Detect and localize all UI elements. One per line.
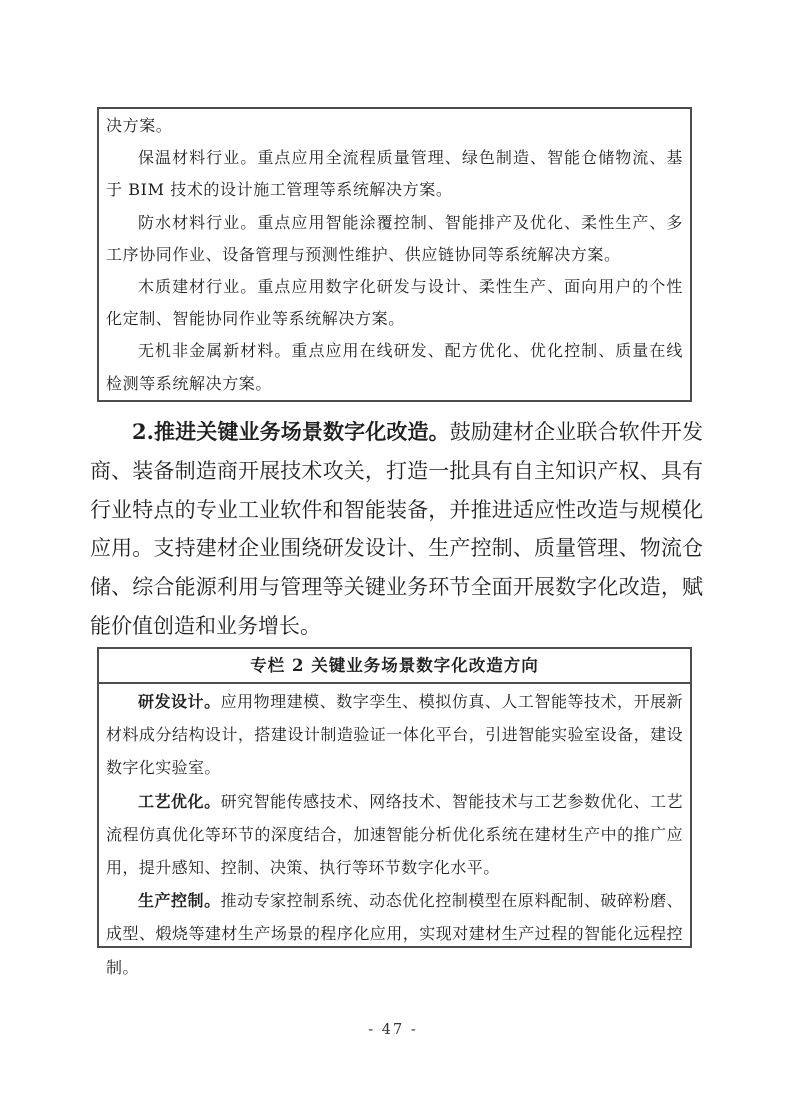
section-production-control: 生产控制。推动专家控制系统、动态优化控制模型在原料配制、破碎粉磨、成型、煅烧等建… [106,884,683,984]
column-2-title: 专栏 2 关键业务场景数字化改造方向 [99,649,690,684]
paragraph-waterproof-industry: 防水材料行业。重点应用智能涂覆控制、智能排产及优化、柔性生产、多工序协同作业、设… [106,207,683,271]
paragraph-wood-industry: 木质建材行业。重点应用数字化研发与设计、柔性生产、面向用户的个性化定制、智能协同… [106,271,683,335]
main-paragraph: 2.推进关键业务场景数字化改造。鼓励建材企业联合软件开发商、装备制造商开展技术攻… [90,403,703,646]
section-lead: 研发设计。 [138,692,221,711]
section-lead: 生产控制。 [138,891,221,910]
main-paragraph-heading: 2.推进关键业务场景数字化改造。 [132,419,450,444]
paragraph-inorganic-materials: 无机非金属新材料。重点应用在线研发、配方优化、优化控制、质量在线检测等系统解决方… [106,335,683,399]
section-process-optimization: 工艺优化。研究智能传感技术、网络技术、智能技术与工艺参数优化、工艺流程仿真优化等… [106,785,683,885]
column-2-box: 专栏 2 关键业务场景数字化改造方向 研发设计。应用物理建模、数字孪生、模拟仿真… [97,647,692,948]
paragraph-lead: 无机非金属新材料。 [138,341,291,360]
paragraph-lead: 防水材料行业。 [138,213,257,232]
section-rd-design: 研发设计。应用物理建模、数字孪生、模拟仿真、人工智能等技术，开展新材料成分结构设… [106,685,683,785]
page-number: - 47 - [0,1022,786,1038]
paragraph-lead: 木质建材行业。 [138,277,257,296]
section-lead: 工艺优化。 [138,792,221,811]
paragraph-continuation: 决方案。 [106,110,683,142]
industry-solutions-box: 决方案。 保温材料行业。重点应用全流程质量管理、绿色制造、智能仓储物流、基于 B… [97,107,692,402]
main-paragraph-text: 鼓励建材企业联合软件开发商、装备制造商开展技术攻关，打造一批具有自主知识产权、具… [90,420,703,638]
paragraph-lead: 保温材料行业。 [138,148,257,167]
main-paragraph-block: 2.推进关键业务场景数字化改造。鼓励建材企业联合软件开发商、装备制造商开展技术攻… [90,403,703,646]
document-page: 决方案。 保温材料行业。重点应用全流程质量管理、绿色制造、智能仓储物流、基于 B… [0,0,786,1095]
paragraph-text: 决方案。 [106,116,172,135]
paragraph-insulation-industry: 保温材料行业。重点应用全流程质量管理、绿色制造、智能仓储物流、基于 BIM 技术… [106,142,683,206]
column-2-body: 研发设计。应用物理建模、数字孪生、模拟仿真、人工智能等技术，开展新材料成分结构设… [99,684,690,984]
